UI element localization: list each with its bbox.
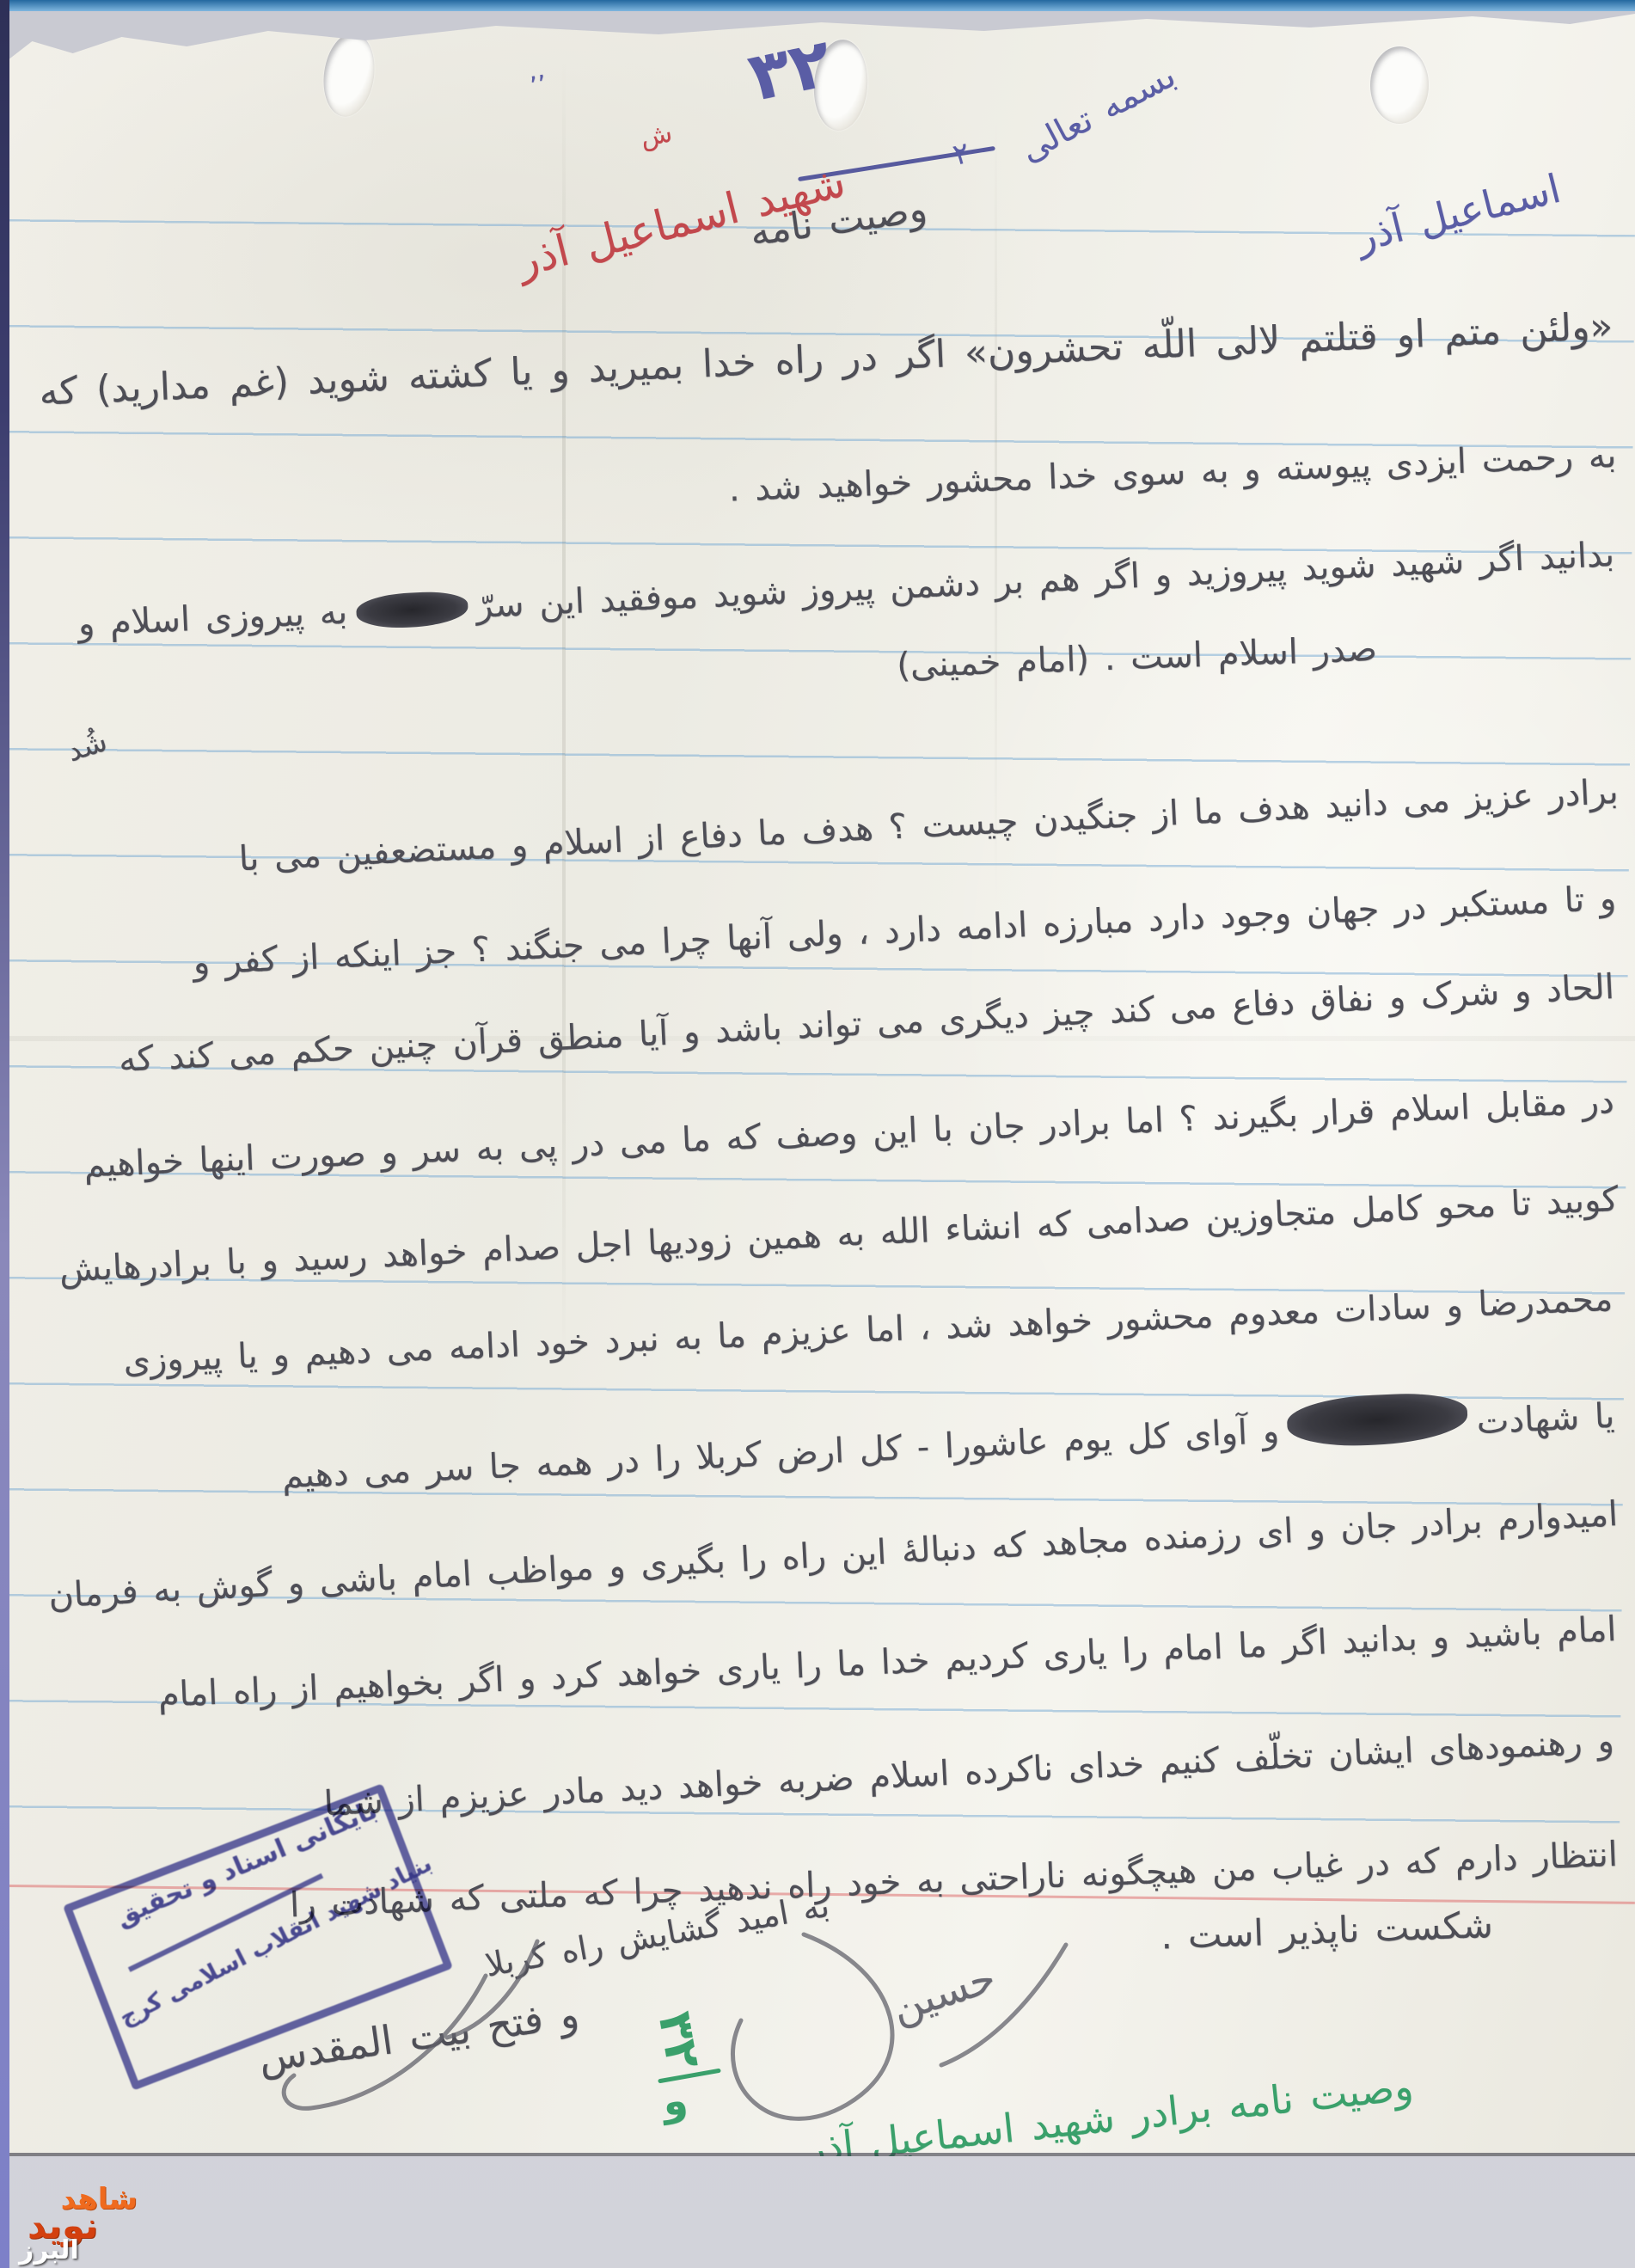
besmellah-number: ۲ — [950, 137, 973, 173]
notebook-paper: ۳۲ ٬٬ بسمه تعالی ۲ اسماعیل آذر وصیت نامه… — [8, 9, 1635, 2156]
besmellah: بسمه تعالی — [1013, 56, 1182, 170]
stamp-line2: بنیاد شهید انقلاب اسلامی کرج — [115, 1850, 437, 2032]
navideshahed-logo: شاهد نوید البرز — [15, 2182, 144, 2265]
handwritten-line: شکست ناپذیر است . — [1160, 1904, 1494, 1958]
green-page-mark: ۳۲ — [648, 2007, 711, 2073]
scribble-redaction — [355, 591, 468, 630]
paper-bottom-edge — [8, 2153, 1635, 2156]
signature: حسین — [885, 1954, 1001, 2032]
green-vav: و — [660, 2077, 689, 2125]
scribble-redaction — [1286, 1391, 1468, 1449]
punch-hole — [1370, 46, 1429, 124]
logo-text-alborz: البرز — [19, 2235, 79, 2265]
ditto-mark: ٬٬ — [528, 70, 549, 102]
scan-edge-left — [0, 0, 9, 2268]
title-overmark: ش — [639, 119, 675, 153]
punch-hole — [318, 29, 379, 120]
scan-edge-top — [0, 0, 1635, 11]
scanned-will-document: { "colors": { "paper": "#f1efe8", "rule_… — [0, 0, 1635, 2268]
